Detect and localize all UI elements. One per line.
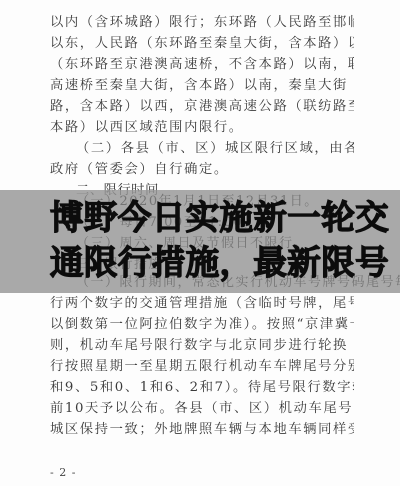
doc-line: 路，含本路）以西，京港澳高速公路（联纺路至邯临路，不含 [50,96,354,117]
doc-line: 前10天予以公布。各县（市、区）机动车尾号限行数字与市主 [50,398,354,419]
doc-line: 本路）以西区域范围内限行。 [50,117,354,138]
headline-line-2: 通限行措施，最新限号 [50,241,360,285]
doc-line: 以东，人民路（东环路至秦皇大街，含本路）以北，邯临路 [50,33,354,54]
doc-line: 则，机动车尾号限行数字与北京同步进行轮换（当前常态化限 [50,335,354,356]
doc-line: 城区保持一致；外地牌照车辆与本地车辆同样受尾号限行限 [50,419,354,440]
doc-line: 行按照星期一至星期五限行机动车车牌尾号分别为：3和8、4 [50,356,354,377]
doc-line: 行两个数字的交通管理措施（含临时号牌，尾号为英文字母的 [50,293,354,314]
doc-line: （东环路至京港澳高速桥，不含本路）以南，联纺路（京港澳 [50,54,354,75]
headline-line-1: 博野今日实施新一轮交 [50,196,360,240]
doc-line: 高速桥至秦皇大街，含本路）以南，秦皇大街（人民路至联纺 [50,75,354,96]
headline-banner: （一）2020年1月1日至12月31日。 （二）每日7:00至21:00。 （三… [0,190,400,293]
doc-line: （二）各县（市、区）城区限行区域，由各县（市、区） [76,138,354,159]
doc-line: 政府（管委会）自行确定。 [50,159,354,180]
doc-line: 以倒数第一位阿拉伯数字为准）。按照“京津冀一体化”的原 [50,314,354,335]
doc-line: 和9、5和0、1和6、2和7）。待尾号限行数字轮换时，将提 [50,377,354,398]
doc-line: 以内（含环城路）限行；东环路（人民路至邯临路，含本路） [50,12,354,33]
page-number: - 2 - [50,466,76,479]
